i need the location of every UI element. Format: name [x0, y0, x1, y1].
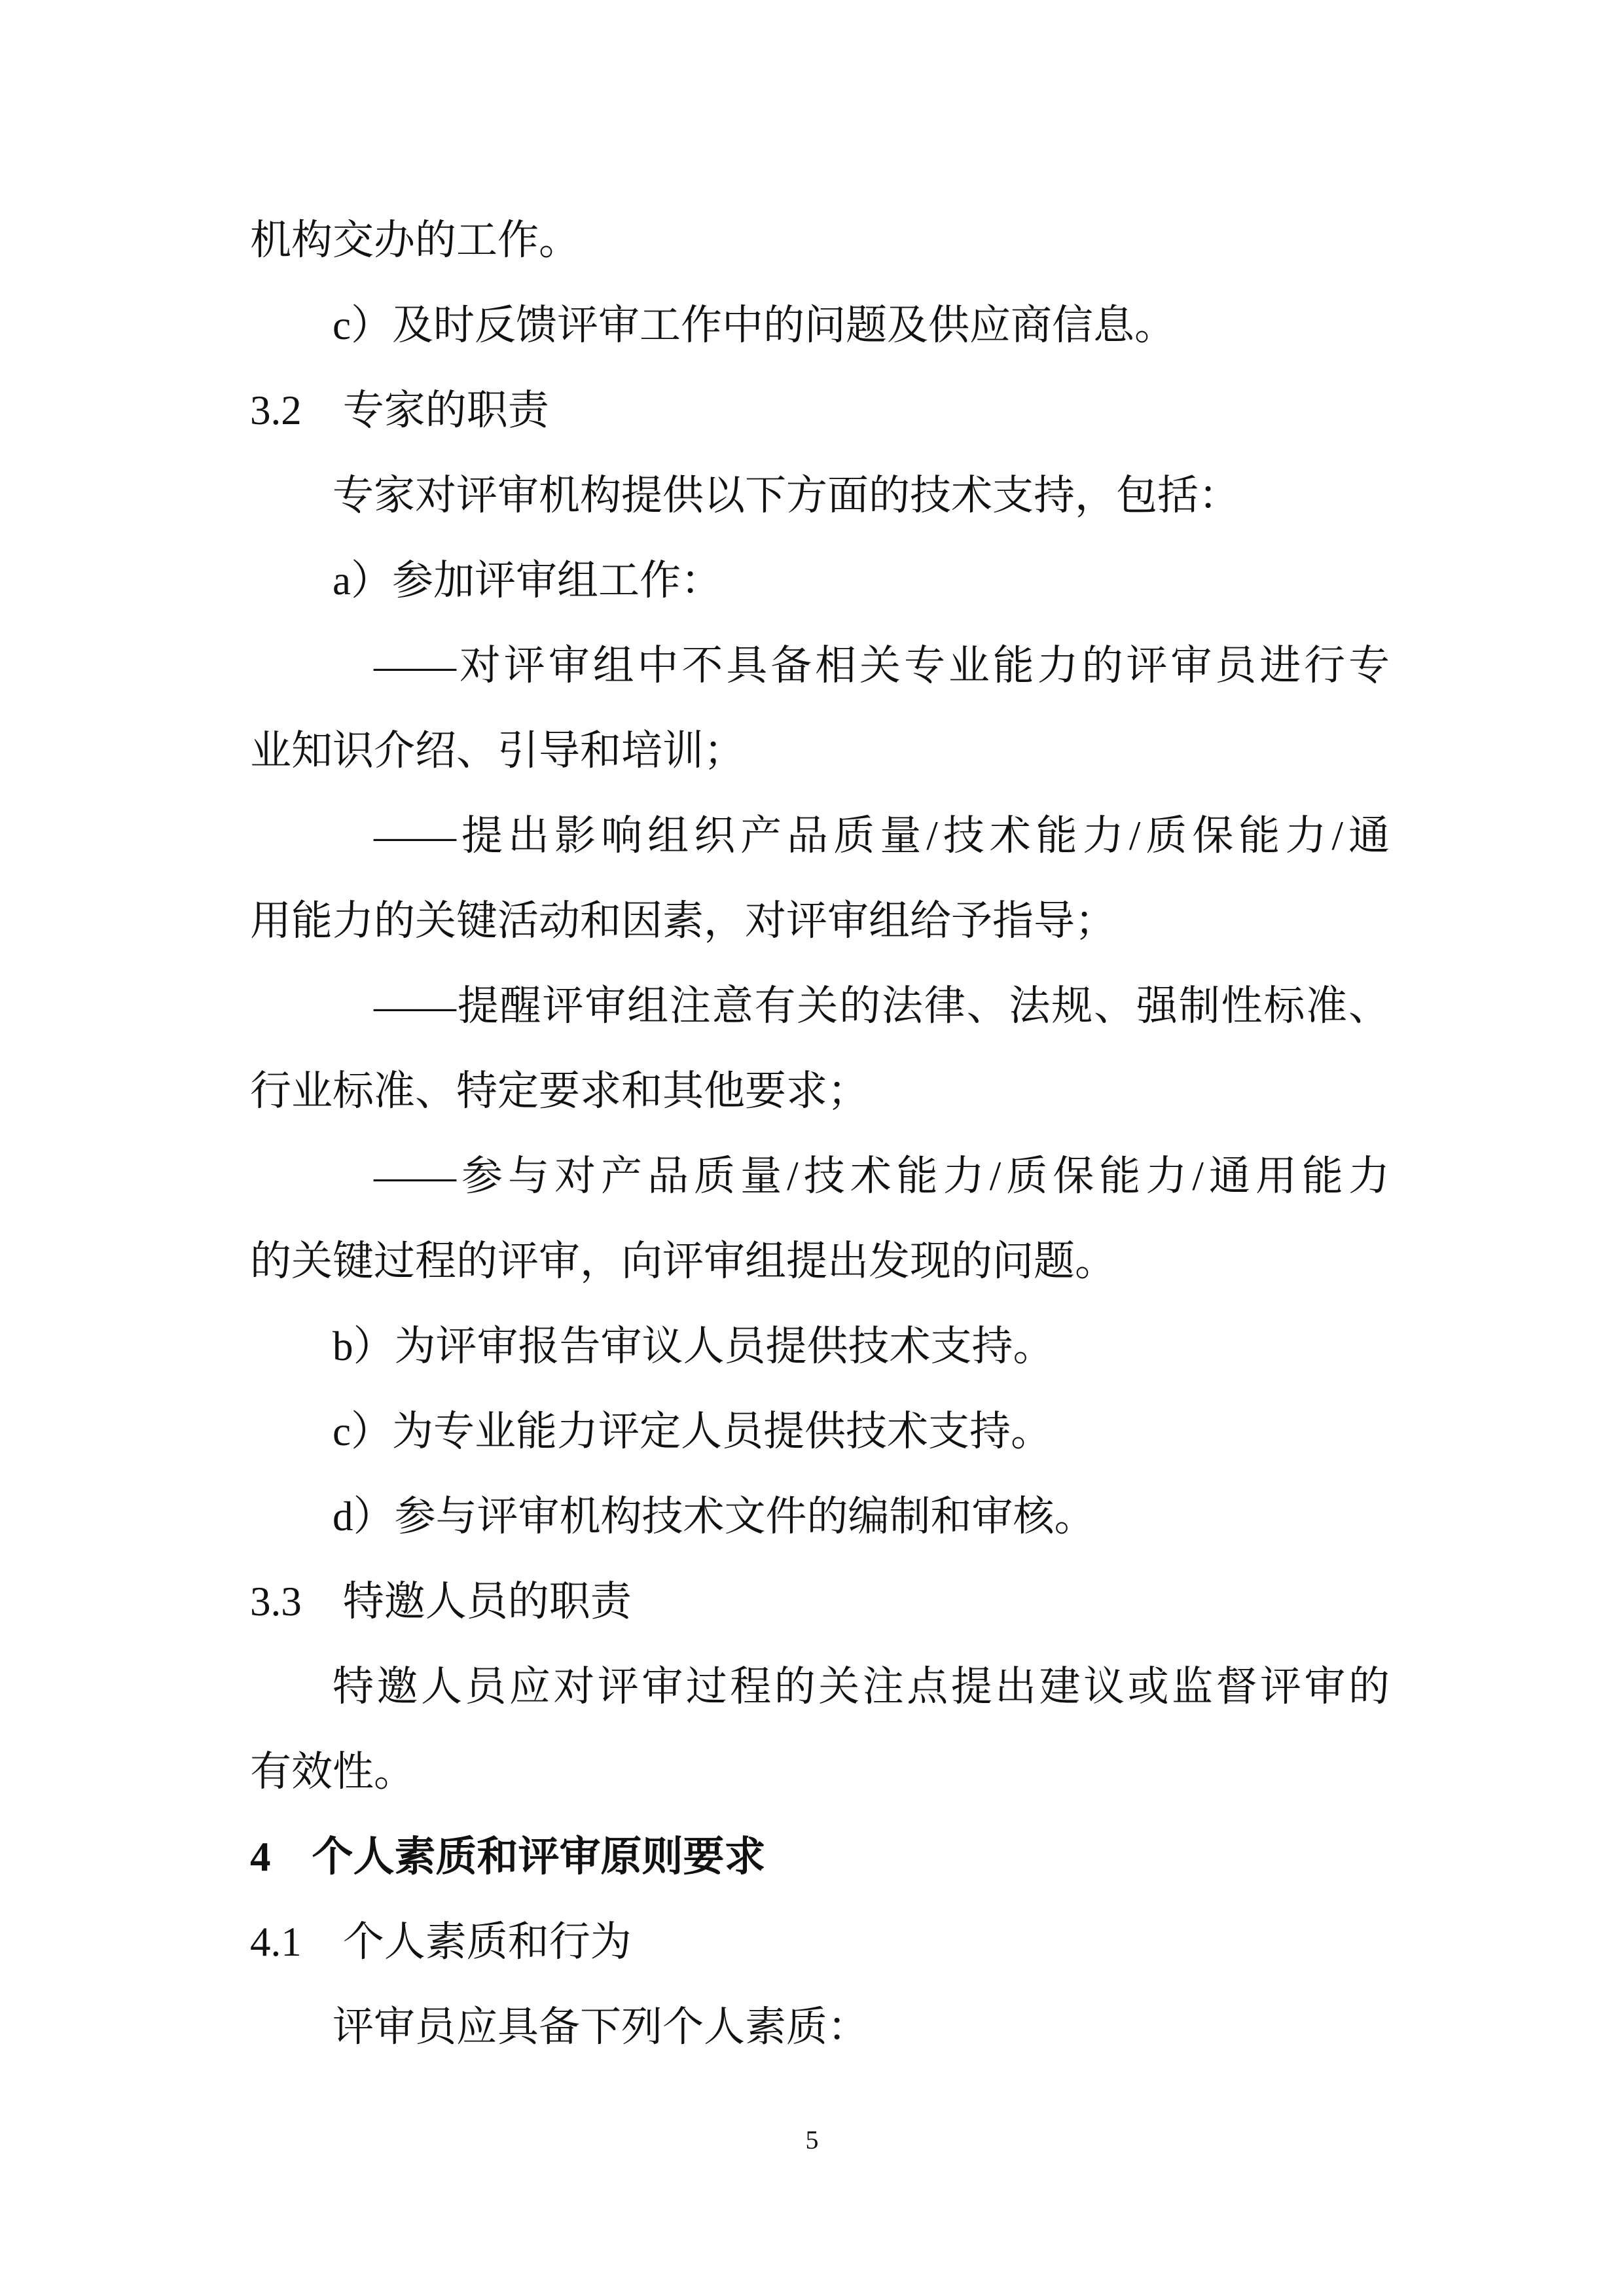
dash-list-item: ——对评审组中不具备相关专业能力的评审员进行专 [250, 623, 1390, 708]
body-line: 的关键过程的评审，向评审组提出发现的问题。 [250, 1219, 1390, 1304]
list-item-c2: c）为专业能力评定人员提供技术支持。 [250, 1389, 1390, 1474]
chapter-heading-4: 4 个人素质和评审原则要求 [250, 1814, 1390, 1899]
list-item-c: c）及时反馈评审工作中的问题及供应商信息。 [250, 283, 1390, 368]
body-line: 业知识介绍、引导和培训； [250, 708, 1390, 793]
body-line: 评审员应具备下列个人素质： [250, 1984, 1390, 2070]
page-number: 5 [0, 2126, 1624, 2155]
dash-list-item: ——提醒评审组注意有关的法律、法规、强制性标准、 [250, 963, 1390, 1049]
list-item-b: b）为评审报告审议人员提供技术支持。 [250, 1304, 1390, 1389]
dash-list-item: ——提出影响组织产品质量/技术能力/质保能力/通 [250, 793, 1390, 878]
document-page: 机构交办的工作。 c）及时反馈评审工作中的问题及供应商信息。 3.2 专家的职责… [0, 0, 1624, 2296]
body-line: 用能力的关键活动和因素，对评审组给予指导； [250, 878, 1390, 963]
document-body: 机构交办的工作。 c）及时反馈评审工作中的问题及供应商信息。 3.2 专家的职责… [250, 198, 1390, 2070]
list-item-d: d）参与评审机构技术文件的编制和审核。 [250, 1474, 1390, 1559]
body-line: 特邀人员应对评审过程的关注点提出建议或监督评审的 [250, 1644, 1390, 1729]
list-item-a: a）参加评审组工作： [250, 538, 1390, 623]
dash-list-item: ——参与对产品质量/技术能力/质保能力/通用能力 [250, 1134, 1390, 1219]
section-heading-3-2: 3.2 专家的职责 [250, 368, 1390, 453]
body-line: 行业标准、特定要求和其他要求； [250, 1049, 1390, 1134]
body-line: 机构交办的工作。 [250, 198, 1390, 283]
section-heading-4-1: 4.1 个人素质和行为 [250, 1899, 1390, 1984]
body-line: 专家对评审机构提供以下方面的技术支持，包括： [250, 453, 1390, 538]
section-heading-3-3: 3.3 特邀人员的职责 [250, 1559, 1390, 1644]
body-line: 有效性。 [250, 1729, 1390, 1814]
